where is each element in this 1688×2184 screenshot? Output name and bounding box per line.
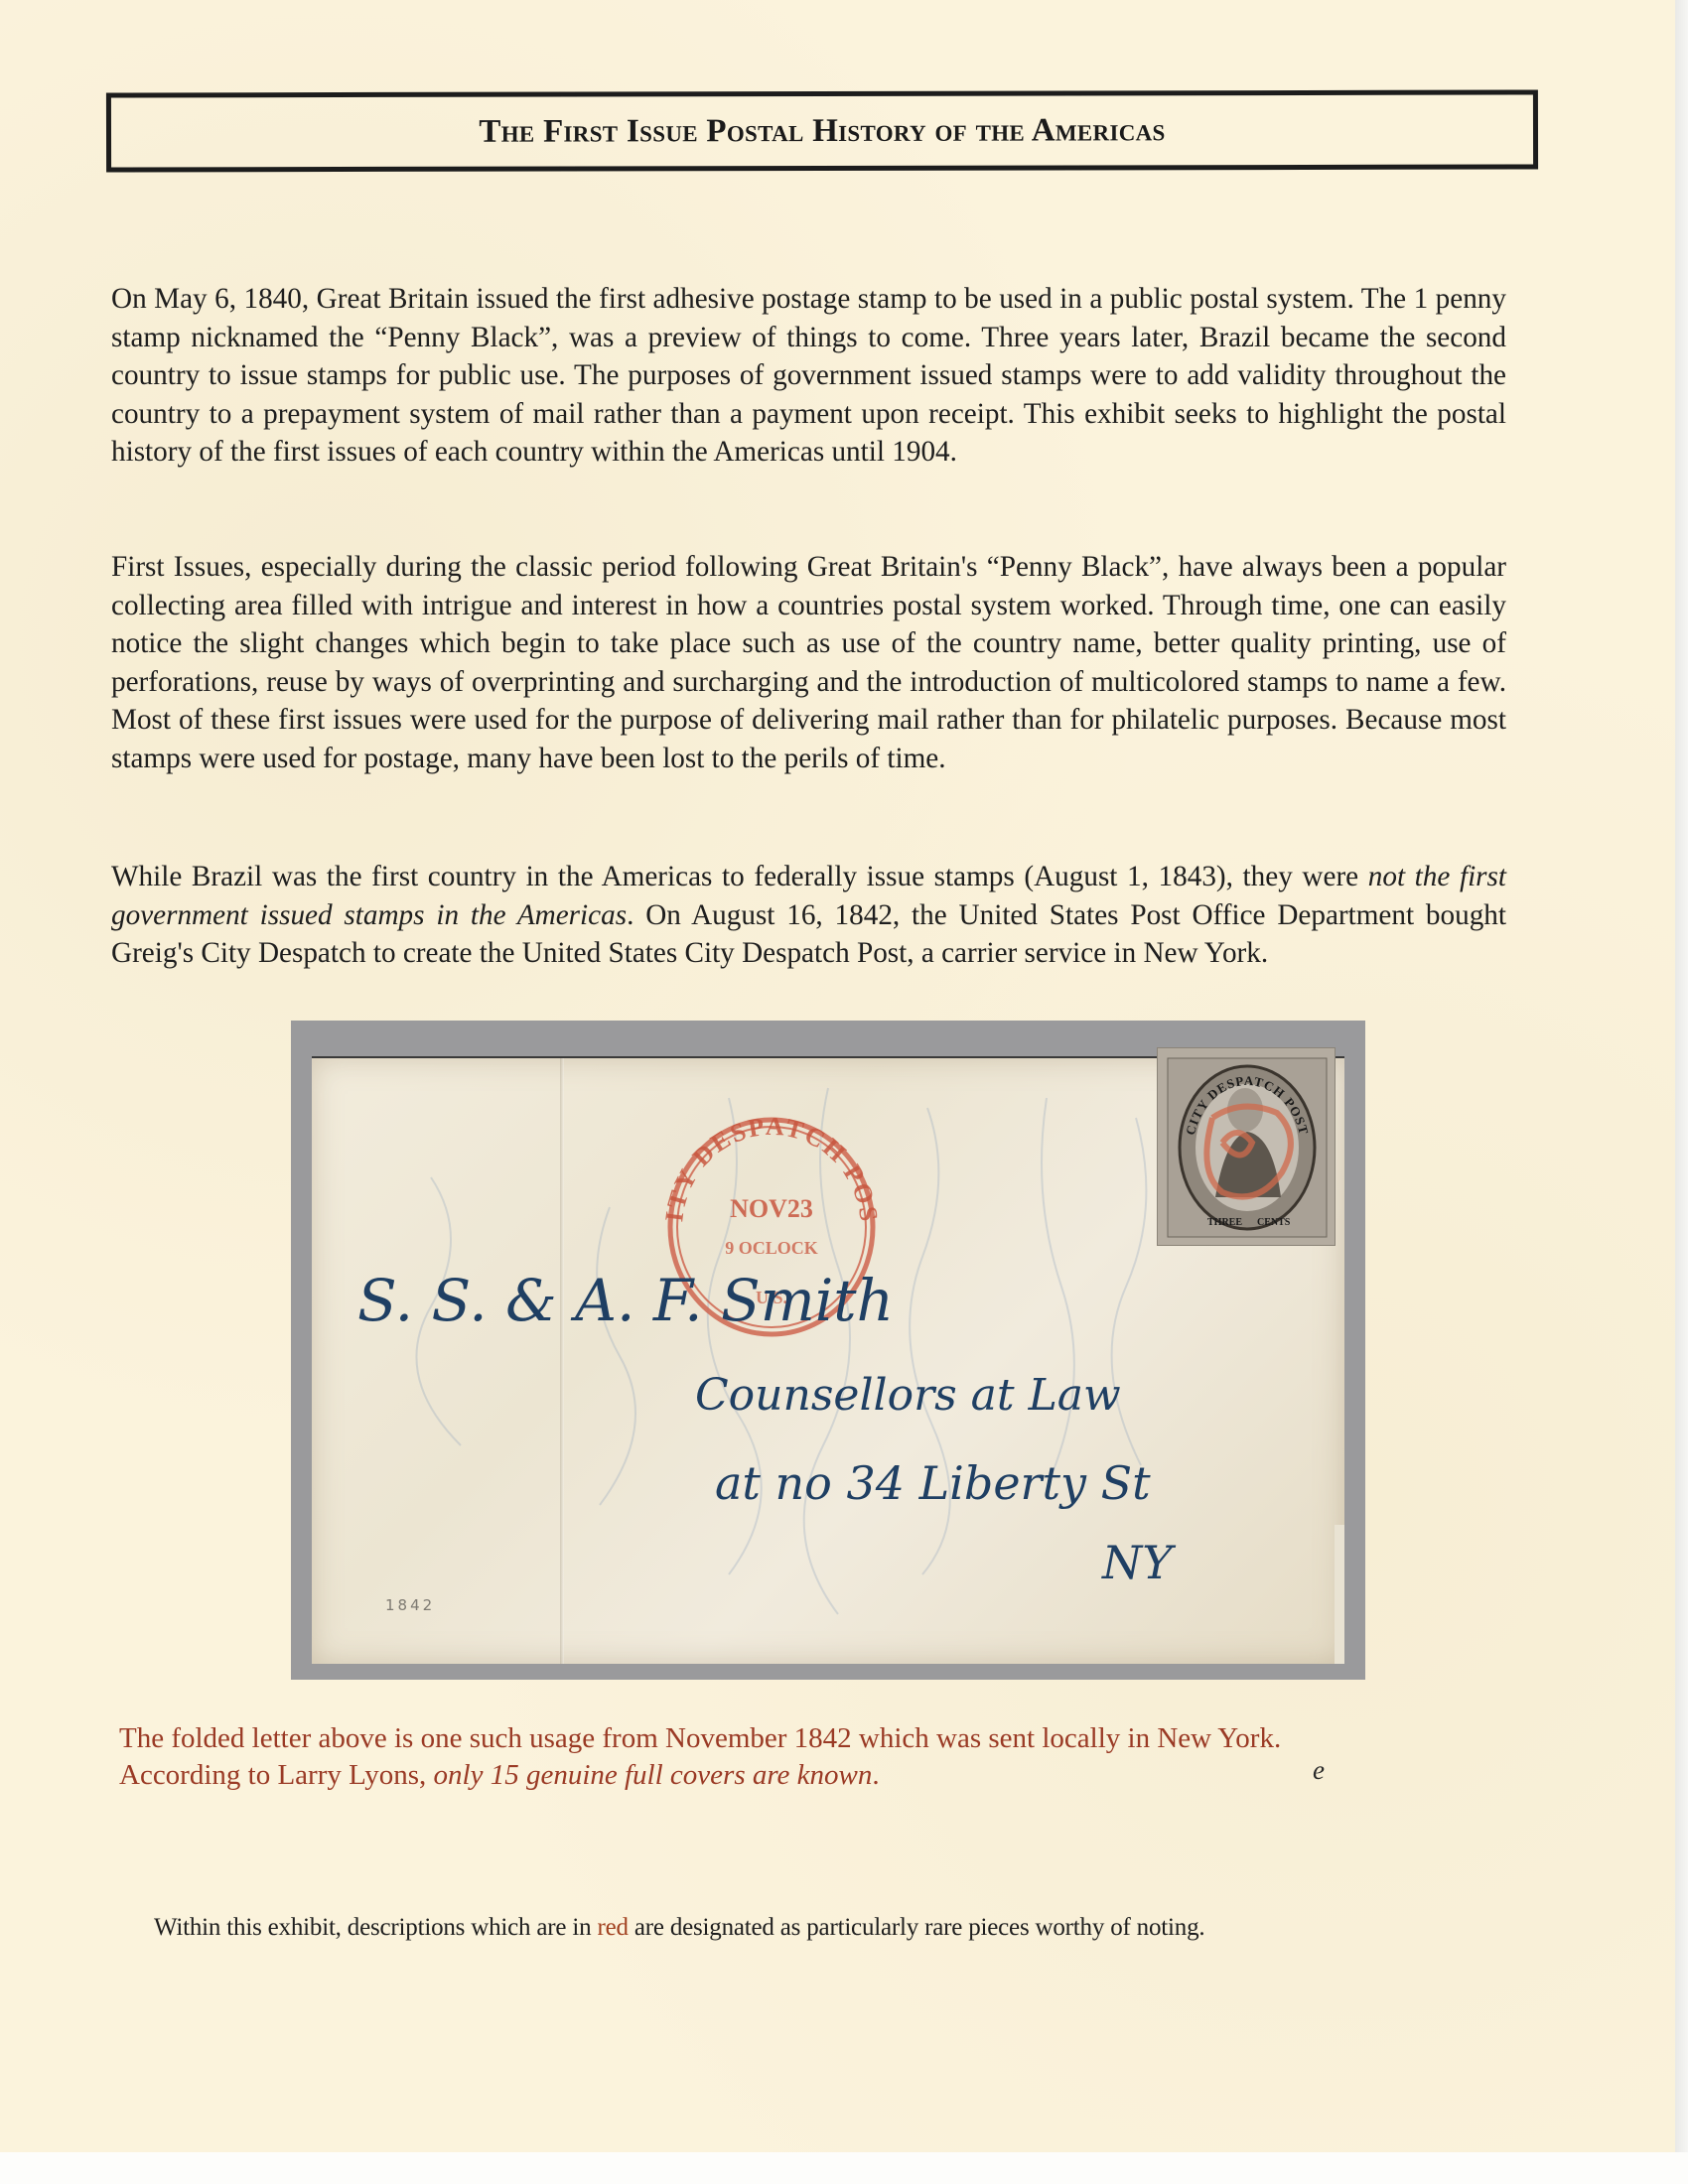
rarity-legend: Within this exhibit, descriptions which … — [154, 1914, 1524, 1942]
svg-text:at no 34 Liberty St: at no 34 Liberty St — [715, 1456, 1151, 1510]
paragraph-text: While Brazil was the first country in th… — [111, 861, 1368, 892]
svg-text:THREE: THREE — [1207, 1217, 1242, 1228]
svg-text:NOV23: NOV23 — [730, 1194, 813, 1223]
first-issues-paragraph: First Issues, especially during the clas… — [111, 548, 1506, 777]
pencil-date-note: 1842 — [385, 1596, 435, 1614]
manuscript-address: S. S. & A. F. Smith Counsellors at Law a… — [338, 1236, 1331, 1613]
scan-edge — [1675, 0, 1688, 2152]
page-title-box: The First Issue Postal History of the Am… — [106, 89, 1538, 172]
legend-text: Within this exhibit, descriptions which … — [154, 1914, 597, 1941]
caption-text: According to Larry Lyons, — [119, 1759, 434, 1791]
svg-text:S. S. & A. F. Smith: S. S. & A. F. Smith — [357, 1267, 894, 1334]
caption-text: . — [872, 1759, 879, 1791]
stray-mark: e — [1313, 1755, 1325, 1786]
svg-text:NY: NY — [1101, 1536, 1177, 1589]
caption-line-1: The folded letter above is one such usag… — [119, 1720, 1529, 1757]
page-title: The First Issue Postal History of the Am… — [479, 112, 1165, 150]
legend-red-word: red — [597, 1914, 628, 1941]
city-despatch-paragraph: While Brazil was the first country in th… — [111, 858, 1506, 973]
caption-emphasis: only 15 genuine full covers are known — [434, 1759, 873, 1791]
intro-paragraph: On May 6, 1840, Great Britain issued the… — [111, 280, 1506, 472]
svg-text:Counsellors at Law: Counsellors at Law — [695, 1370, 1121, 1421]
svg-text:CENTS: CENTS — [1257, 1217, 1291, 1228]
city-despatch-stamp: CITY DESPATCH POST THREE CENTS — [1157, 1047, 1336, 1246]
legend-text: are designated as particularly rare piec… — [629, 1914, 1205, 1941]
